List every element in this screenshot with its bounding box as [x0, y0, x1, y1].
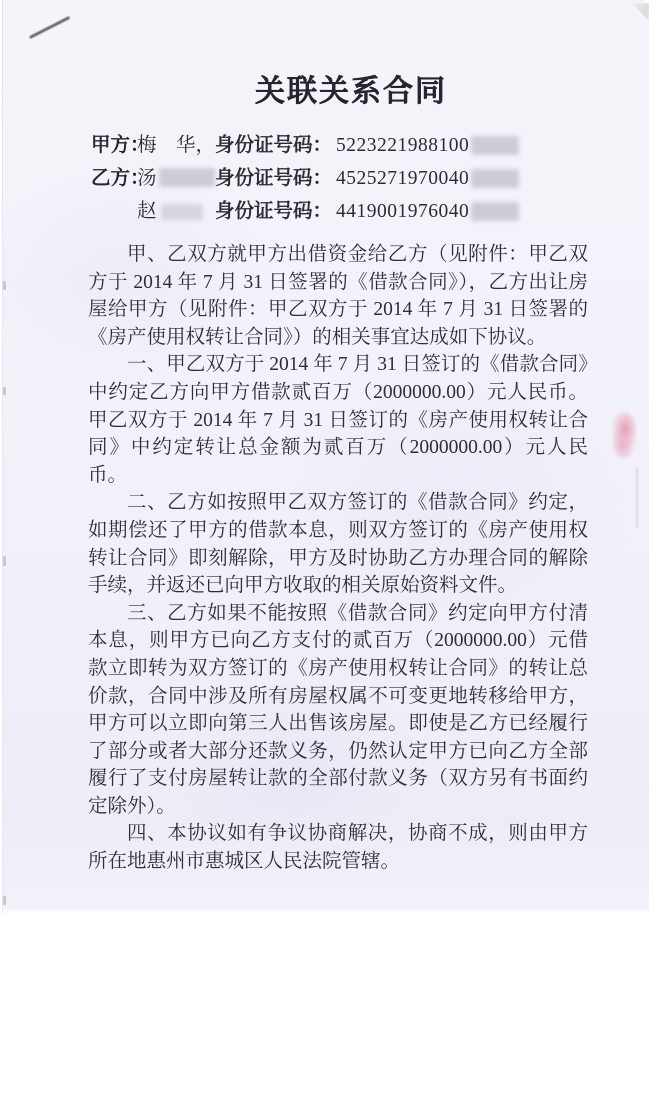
redaction-blur [471, 136, 519, 155]
id-number-value: 4419001976040 [336, 195, 469, 228]
party-name: 梅 华， [137, 129, 215, 162]
clause-3-paragraph: 三、乙方如果不能按照《借款合同》约定向甲方付清本息，则甲方已向乙方支付的贰百万（… [88, 600, 588, 821]
intro-paragraph: 甲、乙双方就甲方出借资金给乙方（见附件：甲乙双方于 2014 年 7 月 31 … [88, 241, 588, 351]
red-stamp-smudge-artifact [612, 412, 636, 458]
party-row-yifang-1: 乙方： 汤 身份证号码： 4525271970040 [91, 162, 611, 195]
party-surname: 赵 [137, 201, 157, 222]
party-name: 赵 [137, 195, 215, 228]
parties-block: 甲方： 梅 华， 身份证号码： 5223221988100 乙方： 汤 身份证号… [91, 129, 611, 228]
clause-2-paragraph: 二、乙方如按照甲乙双方签订的《借款合同》约定，如期偿还了甲方的借款本息，则双方签… [88, 489, 588, 599]
pen-mark-artifact [29, 16, 70, 39]
id-number-value: 4525271970040 [336, 162, 469, 195]
party-name: 汤 [137, 162, 215, 195]
scanner-edge-tick [3, 556, 6, 566]
party-role-label: 乙方： [91, 162, 137, 195]
page-corner-fold-shadow [632, 3, 649, 21]
party-role-label: 甲方： [91, 129, 137, 162]
id-number-label: 身份证号码： [215, 129, 332, 162]
contract-title: 关联关系合同 [88, 66, 588, 110]
contract-body: 甲、乙双方就甲方出借资金给乙方（见附件：甲乙双方于 2014 年 7 月 31 … [88, 241, 588, 876]
scan-edge-line-artifact [636, 468, 638, 528]
clause-1-paragraph: 一、甲乙双方于 2014 年 7 月 31 日签订的《借款合同》中约定乙方向甲方… [88, 351, 588, 489]
scanner-edge-tick [3, 896, 6, 905]
party-surname: 汤 [137, 168, 157, 189]
scanner-edge-tick [3, 281, 6, 290]
scanner-edge-tick [3, 387, 6, 395]
id-number-value: 5223221988100 [336, 129, 469, 162]
id-number-label: 身份证号码： [215, 195, 332, 228]
redaction-blur [159, 168, 215, 187]
id-number-label: 身份证号码： [215, 162, 332, 195]
scanned-page-sheet: 关联关系合同 甲方： 梅 华， 身份证号码： 5223221988100 乙方：… [3, 0, 649, 913]
redaction-blur [471, 169, 519, 188]
redaction-blur [471, 202, 519, 221]
party-row-yifang-2: 赵 身份证号码： 4419001976040 [91, 195, 611, 228]
party-row-jiafang: 甲方： 梅 华， 身份证号码： 5223221988100 [91, 129, 611, 162]
scanned-contract-screenshot: { "page": { "background_color": "#ffffff… [0, 0, 668, 1100]
clause-4-paragraph: 四、本协议如有争议协商解决，协商不成，则由甲方所在地惠州市惠城区人民法院管辖。 [88, 820, 588, 875]
redaction-blur [161, 204, 203, 220]
